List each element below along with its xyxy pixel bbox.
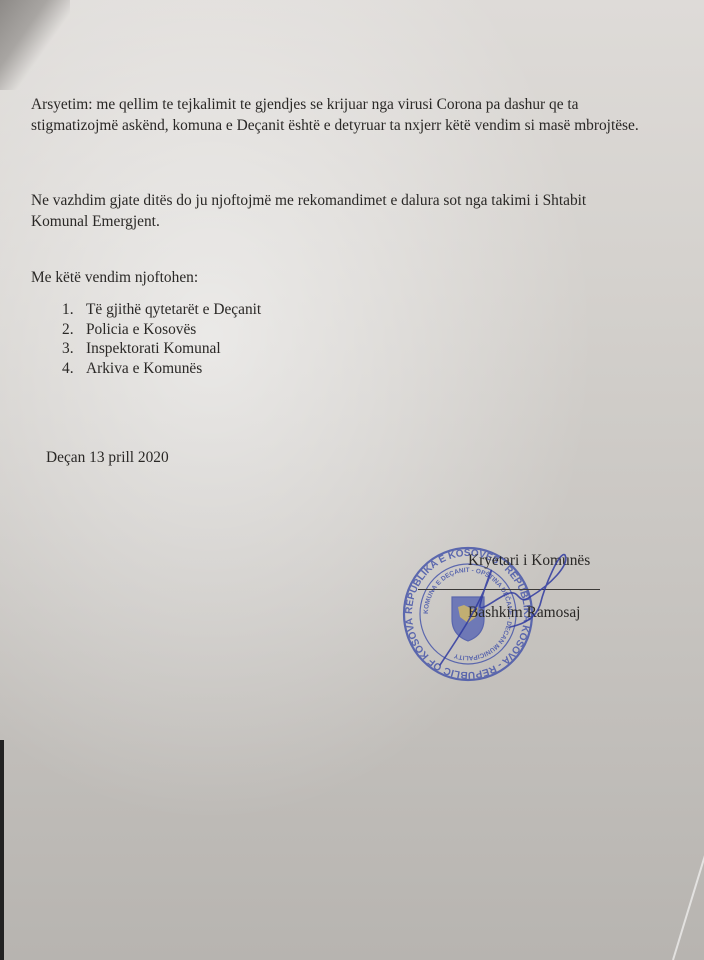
paper-corner-shadow	[0, 0, 70, 90]
notified-heading: Me këtë vendim njoftohen:	[31, 267, 198, 288]
reasoning-paragraph: Arsyetim: me qellim te tejkalimit te gje…	[31, 94, 641, 136]
paper-background	[0, 0, 704, 960]
handwritten-signature-icon	[430, 545, 580, 675]
list-item: 1.Të gjithë qytetarët e Deçanit	[62, 300, 261, 320]
notified-list: 1.Të gjithë qytetarët e Deçanit 2.Polici…	[62, 300, 261, 378]
list-item: 2.Policia e Kosovës	[62, 320, 261, 340]
list-item: 3.Inspektorati Komunal	[62, 339, 261, 359]
followup-paragraph: Ne vazhdim gjate ditës do ju njoftojmë m…	[31, 190, 641, 232]
place-date: Deçan 13 prill 2020	[46, 447, 169, 468]
paper-left-edge	[0, 740, 4, 960]
list-item: 4.Arkiva e Komunës	[62, 359, 261, 379]
